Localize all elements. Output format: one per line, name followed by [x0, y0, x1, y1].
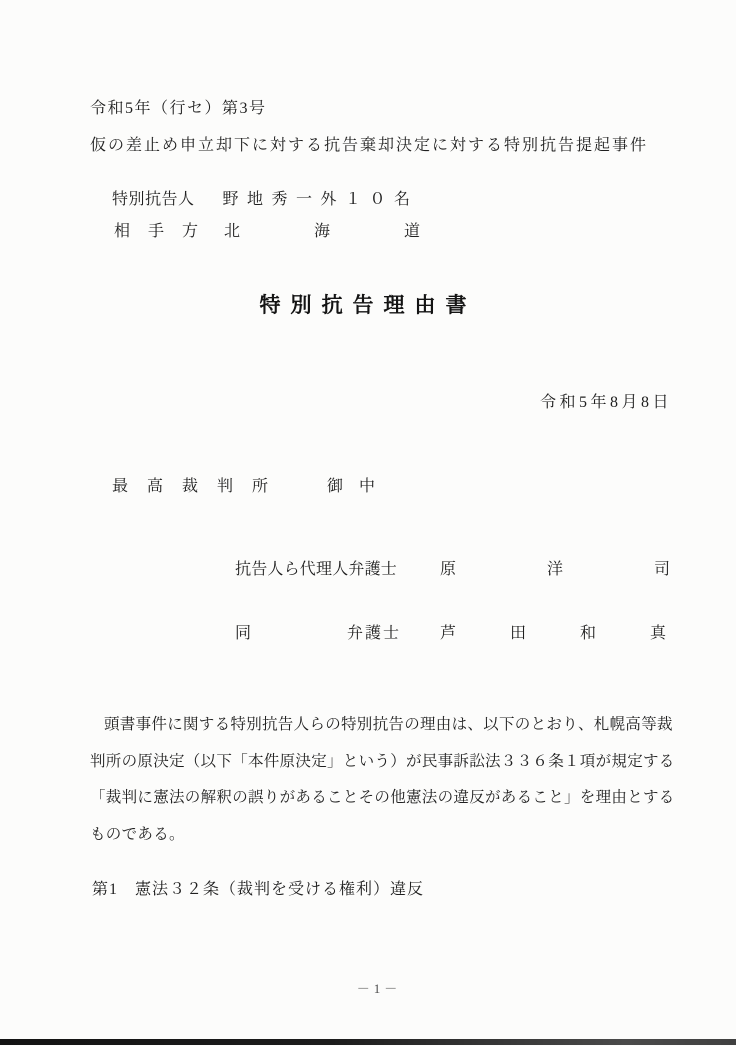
addressee-court: 最高裁判所 [112, 478, 287, 495]
case-name: 仮の差止め申立却下に対する抗告棄却決定に対する特別抗告提起事件 [90, 132, 648, 155]
body-line: 「裁判に憲法の解釈の誤りがあることその他憲法の違反があること」を理由とする [90, 780, 690, 817]
scanned-document-page: 令和5年（行セ）第3号 仮の差止め申立却下に対する抗告棄却決定に対する特別抗告提… [0, 0, 736, 1046]
body-line: 頭書事件に関する特別抗告人らの特別抗告の理由は、以下のとおり、札幌高等裁 [90, 707, 690, 744]
signatory-1-role: 抗告人ら代理人弁護士 [235, 556, 397, 579]
case-number: 令和5年（行セ）第3号 [90, 95, 267, 118]
page-number: －1－ [0, 978, 736, 997]
document-date: 令和5年8月8日 [540, 389, 672, 412]
respondent-name: 北海道 [224, 223, 494, 240]
respondent-row: 相手方北海道 [92, 200, 494, 259]
section-heading: 第1 憲法３２条（裁判を受ける権利）違反 [92, 876, 424, 899]
document-title: 特別抗告理由書 [0, 289, 736, 319]
body-paragraph: 頭書事件に関する特別抗告人らの特別抗告の理由は、以下のとおり、札幌高等裁 判所の… [90, 707, 690, 853]
addressee-honorific: 御中 [327, 478, 391, 495]
body-line: ものである。 [90, 817, 690, 854]
signatory-2-name: 芦田和真 [440, 620, 720, 643]
respondent-label: 相手方 [114, 223, 216, 240]
signatory-1-name: 原洋司 [440, 556, 736, 579]
addressee-row: 最高裁判所御中 [90, 455, 391, 514]
scan-edge-artifact [0, 1039, 736, 1045]
signatory-2-title: 弁護士 [347, 620, 401, 643]
signatory-2-role: 同 [235, 620, 251, 643]
body-line: 判所の原決定（以下「本件原決定」という）が民事訴訟法３３６条１項が規定する [90, 744, 690, 781]
